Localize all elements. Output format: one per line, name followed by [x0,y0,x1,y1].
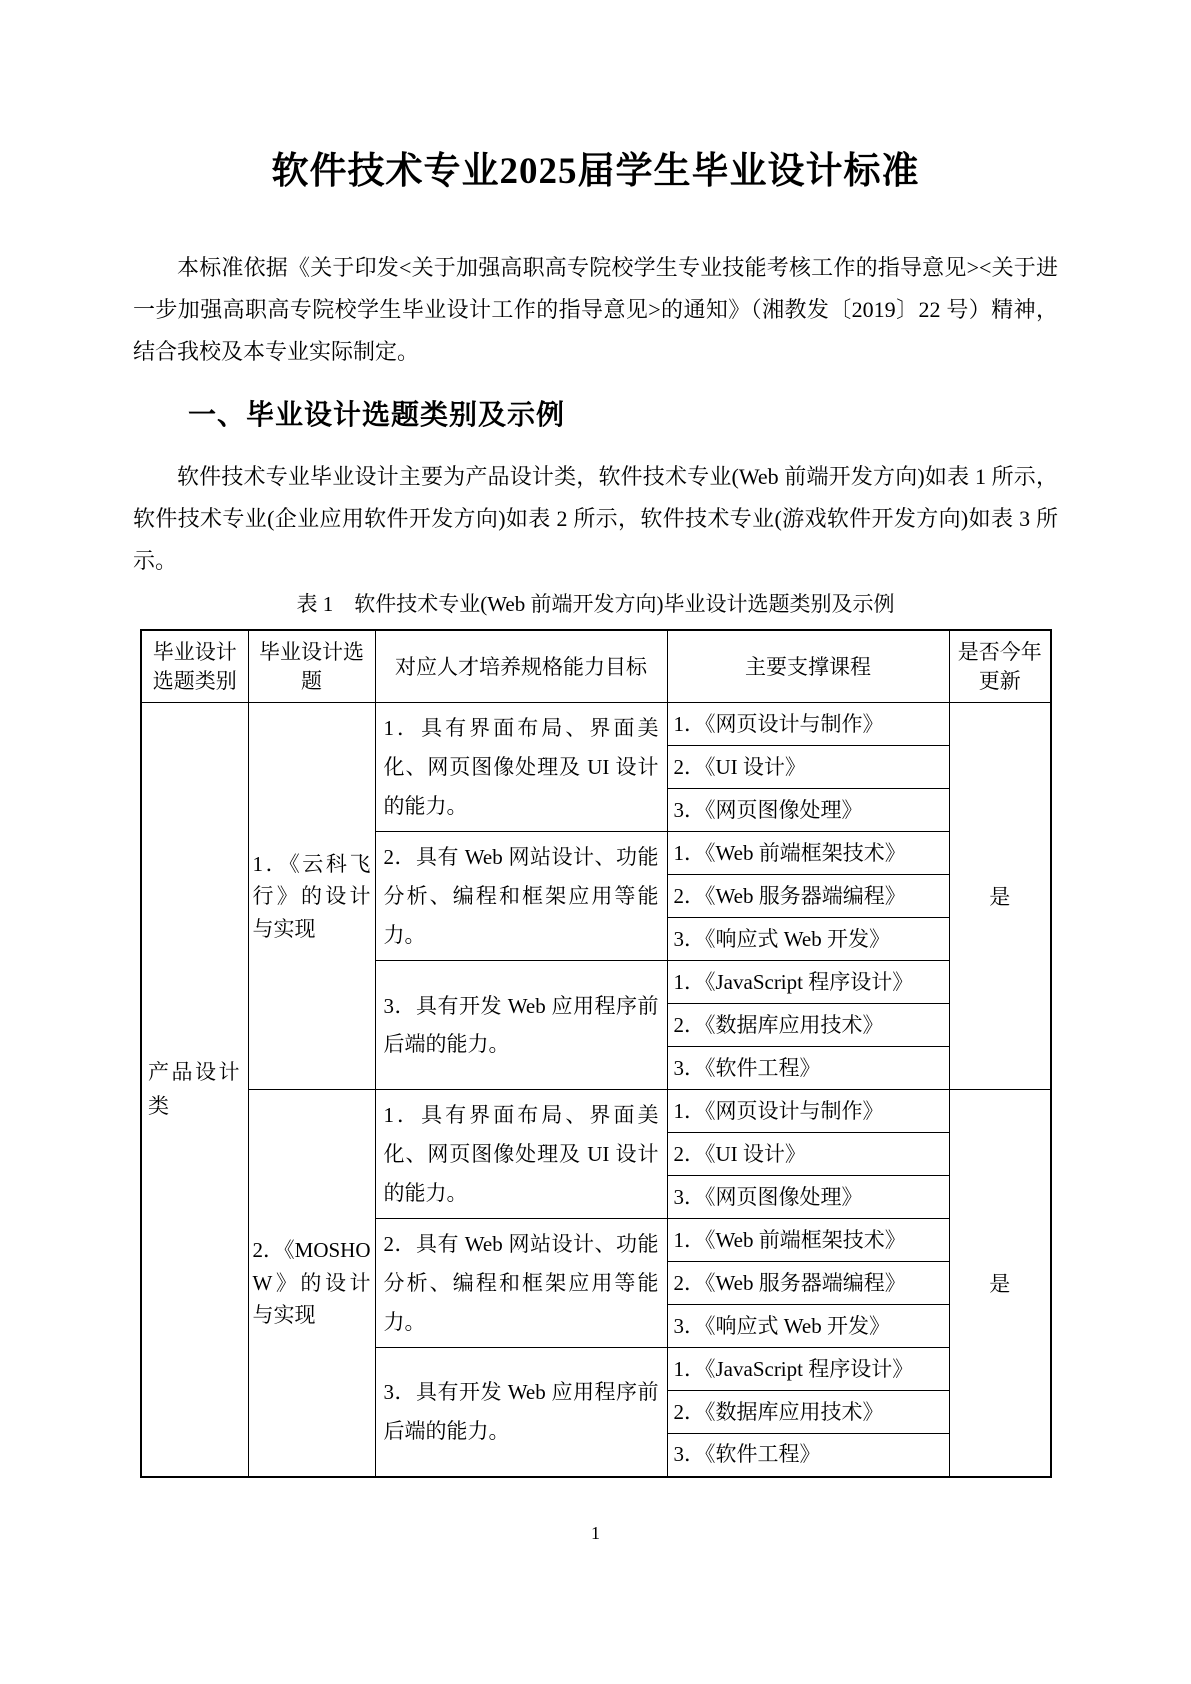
ability-goal-cell: 1．具有界面布局、界面美化、网页图像处理及 UI 设计的能力。 [375,703,667,832]
document-page: 软件技术专业2025届学生毕业设计标准 本标准依据《关于印发<关于加强高职高专院… [0,0,1191,1684]
updated-cell: 是 [949,1090,1051,1477]
ability-goal-cell: 3．具有开发 Web 应用程序前后端的能力。 [375,961,667,1090]
course-cell: 2．《Web 服务器端编程》 [667,875,949,918]
course-cell: 3．《响应式 Web 开发》 [667,918,949,961]
header-category: 毕业设计选题类别 [141,630,248,703]
table-caption: 表 1 软件技术专业(Web 前端开发方向)毕业设计选题类别及示例 [133,590,1058,619]
topic-cell: 2．《MOSHOW》的设计与实现 [248,1090,375,1477]
topic-table: 毕业设计选题类别 毕业设计选题 对应人才培养规格能力目标 主要支撑课程 是否今年… [140,629,1052,1478]
section-heading: 一、毕业设计选题类别及示例 [188,397,1058,433]
header-courses: 主要支撑课程 [667,630,949,703]
intro-paragraph: 本标准依据《关于印发<关于加强高职高专院校学生专业技能考核工作的指导意见><关于… [133,247,1058,372]
course-cell: 3．《网页图像处理》 [667,789,949,832]
ability-goal-cell: 2．具有 Web 网站设计、功能分析、编程和框架应用等能力。 [375,1219,667,1348]
topic-cell: 1．《云科飞行》的设计与实现 [248,703,375,1090]
ability-goal-cell: 3．具有开发 Web 应用程序前后端的能力。 [375,1348,667,1477]
course-cell: 1．《网页设计与制作》 [667,1090,949,1133]
course-cell: 3．《网页图像处理》 [667,1176,949,1219]
course-cell: 1．《JavaScript 程序设计》 [667,961,949,1004]
category-cell: 产品设计类 [141,703,248,1477]
header-topic: 毕业设计选题 [248,630,375,703]
course-cell: 1．《网页设计与制作》 [667,703,949,746]
course-cell: 2．《Web 服务器端编程》 [667,1262,949,1305]
updated-cell: 是 [949,703,1051,1090]
ability-goal-cell: 2．具有 Web 网站设计、功能分析、编程和框架应用等能力。 [375,832,667,961]
course-cell: 1．《Web 前端框架技术》 [667,1219,949,1262]
course-cell: 3．《响应式 Web 开发》 [667,1305,949,1348]
course-cell: 3．《软件工程》 [667,1434,949,1477]
course-cell: 2．《数据库应用技术》 [667,1391,949,1434]
header-ability-goal: 对应人才培养规格能力目标 [375,630,667,703]
table-row: 产品设计类 1．《云科飞行》的设计与实现 1．具有界面布局、界面美化、网页图像处… [141,703,1051,746]
document-title: 软件技术专业2025届学生毕业设计标准 [133,150,1058,194]
course-cell: 2．《数据库应用技术》 [667,1004,949,1047]
course-cell: 1．《Web 前端框架技术》 [667,832,949,875]
section-paragraph: 软件技术专业毕业设计主要为产品设计类，软件技术专业(Web 前端开发方向)如表 … [133,456,1058,581]
header-updated: 是否今年更新 [949,630,1051,703]
table-header-row: 毕业设计选题类别 毕业设计选题 对应人才培养规格能力目标 主要支撑课程 是否今年… [141,630,1051,703]
course-cell: 2．《UI 设计》 [667,1133,949,1176]
page-number: 1 [133,1523,1058,1544]
table-row: 2．《MOSHOW》的设计与实现 1．具有界面布局、界面美化、网页图像处理及 U… [141,1090,1051,1133]
course-cell: 1．《JavaScript 程序设计》 [667,1348,949,1391]
course-cell: 3．《软件工程》 [667,1047,949,1090]
ability-goal-cell: 1．具有界面布局、界面美化、网页图像处理及 UI 设计的能力。 [375,1090,667,1219]
course-cell: 2．《UI 设计》 [667,746,949,789]
